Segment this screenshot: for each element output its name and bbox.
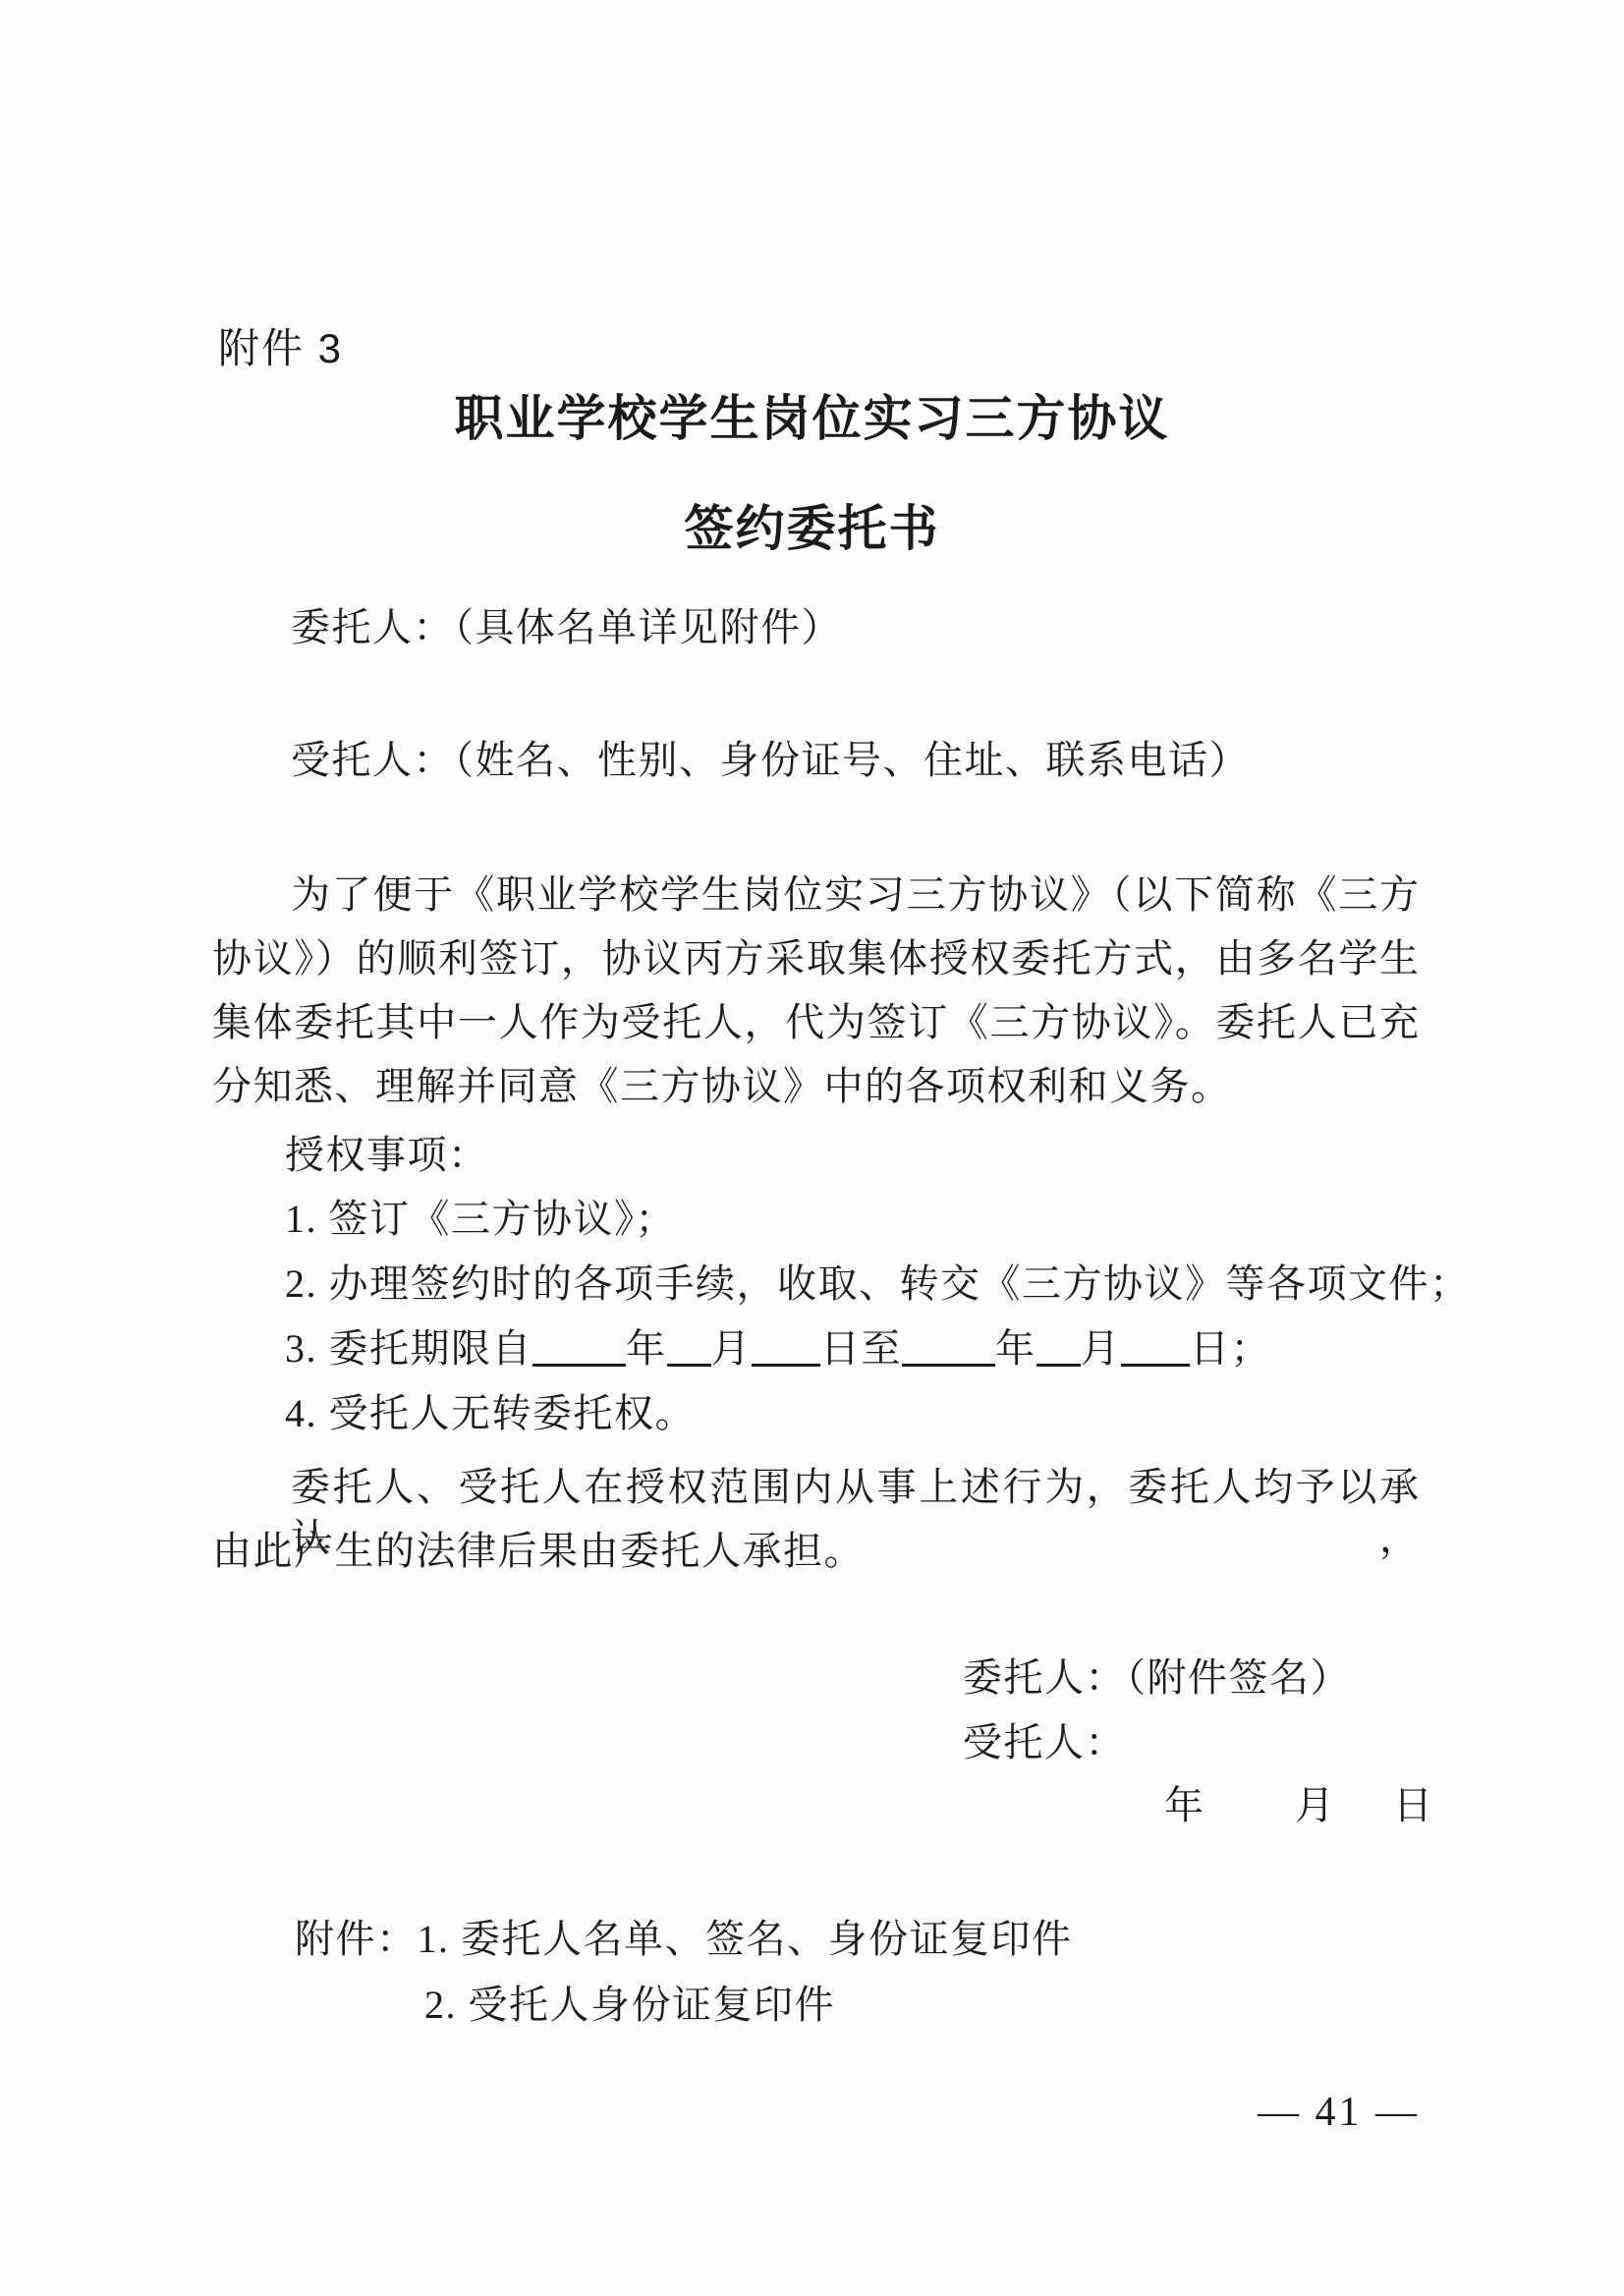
intro-paragraph-line-4: 分知悉、理解并同意《三方协议》中的各项权利和义务。 <box>212 1061 1232 1112</box>
attachments-line-1: 附件：1. 委托人名单、签名、身份证复印件 <box>295 1914 1073 1965</box>
intro-paragraph-line-2: 协议》）的顺利签订，协议丙方采取集体授权委托方式，由多名学生 <box>212 933 1419 984</box>
term-end-year-label: 年 <box>995 1326 1036 1371</box>
trustee-line: 受托人：（姓名、性别、身份证号、住址、联系电话） <box>291 735 1250 786</box>
attachments-item-2: 2. 受托人身份证复印件 <box>424 1980 835 2031</box>
date-month-label: 月 <box>1295 1780 1336 1831</box>
term-start-year-label: 年 <box>626 1326 667 1371</box>
attachment-number: 附件 3 <box>218 316 343 375</box>
attachments-label: 附件： <box>295 1917 418 1961</box>
term-end-day-blank <box>1121 1362 1190 1367</box>
date-day-label: 日 <box>1393 1780 1434 1831</box>
authorization-item-3: 3. 委托期限自年月日至年月日； <box>285 1323 1271 1374</box>
term-end-year-blank <box>902 1362 995 1367</box>
principal-line: 委托人：（具体名单详见附件） <box>291 602 842 653</box>
term-start-day-blank <box>752 1362 820 1367</box>
authorization-item-4: 4. 受托人无转委托权。 <box>285 1388 696 1439</box>
document-subtitle: 签约委托书 <box>0 489 1624 560</box>
term-end-month-label: 月 <box>1081 1326 1122 1371</box>
signature-trustee: 受托人： <box>963 1717 1126 1768</box>
signature-principal: 委托人：（附件签名） <box>963 1652 1351 1704</box>
term-start-month-label: 月 <box>711 1326 753 1371</box>
authorization-item-2: 2. 办理签约时的各项手续，收取、转交《三方协议》等各项文件； <box>285 1259 1471 1310</box>
attachments-item-1: 1. 委托人名单、签名、身份证复印件 <box>418 1917 1073 1961</box>
page-number: — 41 — <box>1258 2089 1420 2136</box>
term-start-day-label: 日至 <box>820 1326 902 1371</box>
closing-line-2: 由此产生的法律后果由委托人承担。 <box>212 1526 865 1577</box>
document-title: 职业学校学生岗位实习三方协议 <box>0 379 1624 450</box>
authorization-item-1: 1. 签订《三方协议》； <box>285 1194 676 1245</box>
term-prefix: 3. 委托期限自 <box>285 1326 532 1371</box>
term-end-day-label: 日； <box>1190 1326 1271 1371</box>
term-start-year-blank <box>532 1362 626 1367</box>
intro-paragraph-line-3: 集体委托其中一人作为受托人，代为签订《三方协议》。委托人已充 <box>212 997 1419 1048</box>
authorization-heading: 授权事项： <box>285 1130 489 1181</box>
document-page: 附件 3 职业学校学生岗位实习三方协议 签约委托书 委托人：（具体名单详见附件）… <box>0 0 1624 2296</box>
date-year-label: 年 <box>1164 1780 1205 1831</box>
term-start-month-blank <box>667 1362 711 1367</box>
term-end-month-blank <box>1036 1362 1081 1367</box>
intro-paragraph-line-1: 为了便于《职业学校学生岗位实习三方协议》（以下简称《三方 <box>291 869 1419 921</box>
